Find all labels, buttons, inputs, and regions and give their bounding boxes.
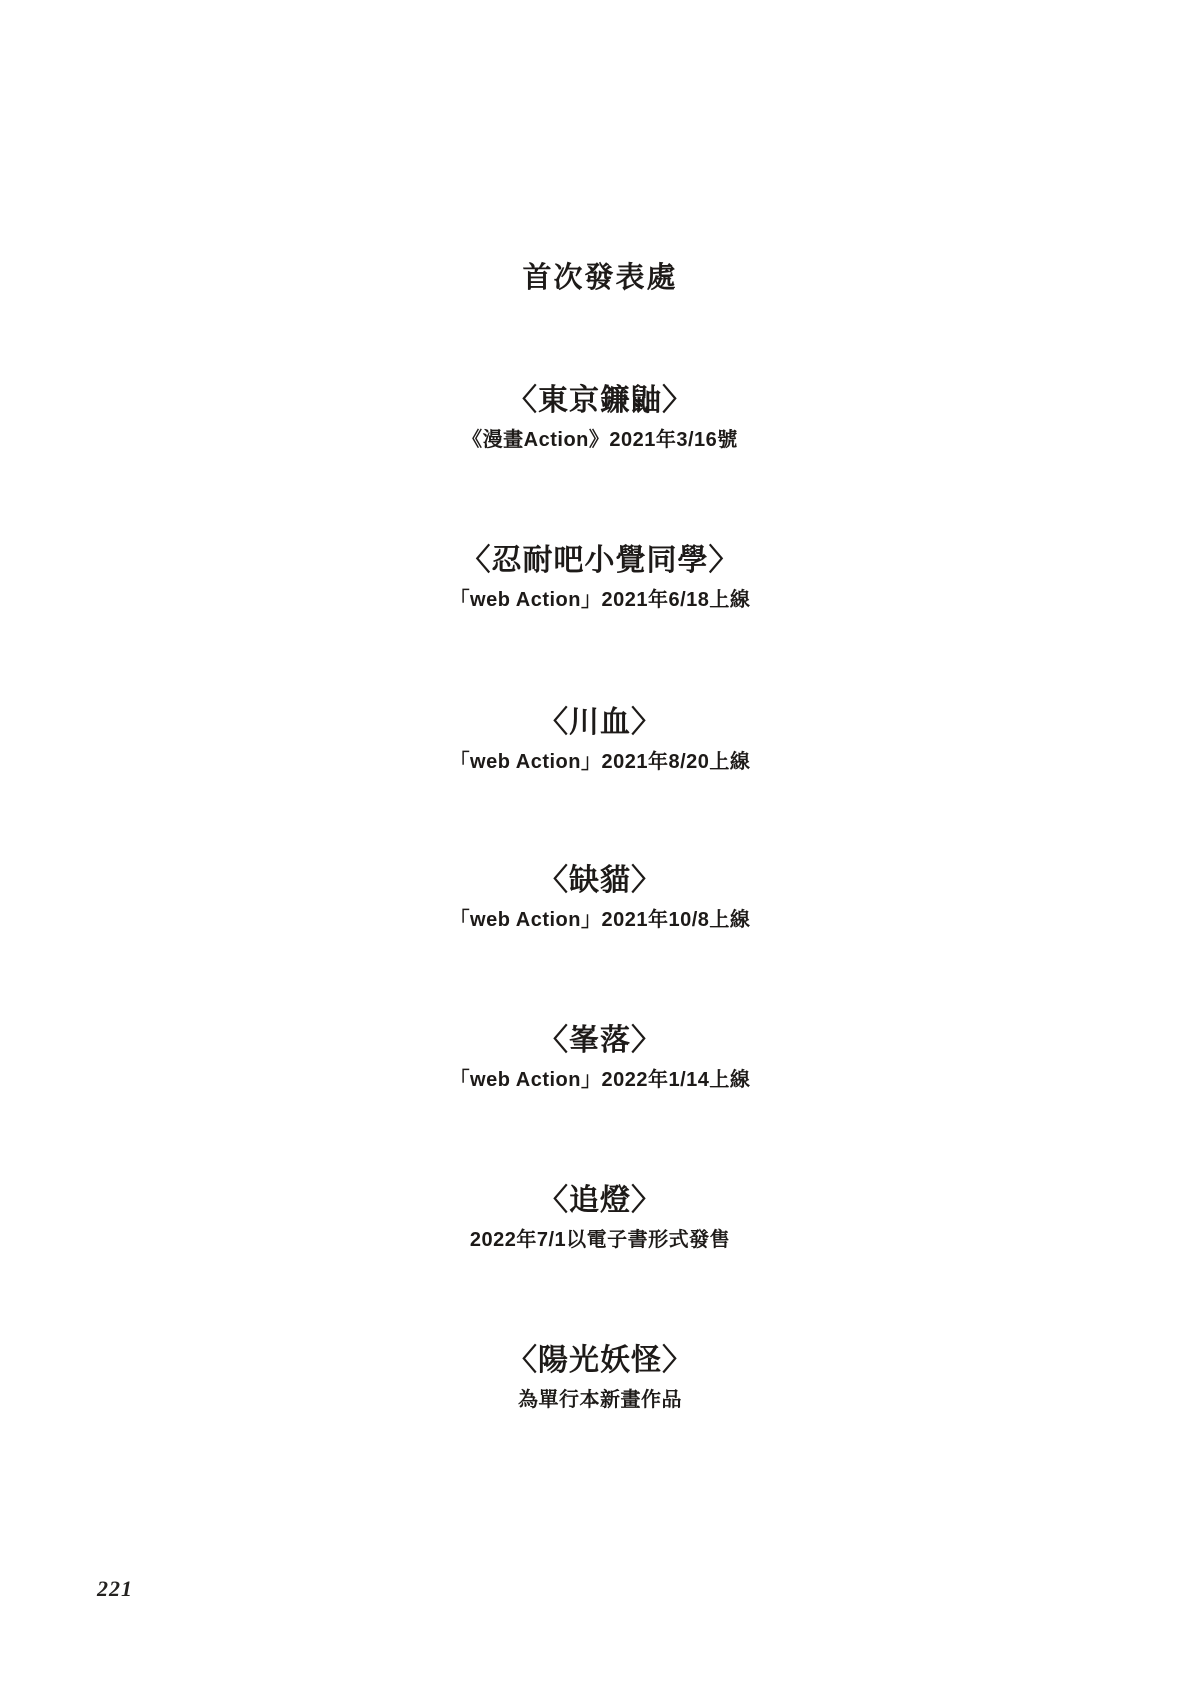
work-source: 「web Action」2021年8/20上線	[0, 750, 1200, 774]
page-title: 首次發表處	[0, 264, 1200, 293]
work-entry: 〈東京鐮鼬〉 《漫畫Action》2021年3/16號	[0, 384, 1200, 452]
work-entry: 〈川血〉 「web Action」2021年8/20上線	[0, 706, 1200, 774]
work-source: 2022年7/1以電子書形式發售	[0, 1228, 1200, 1252]
work-entry: 〈追燈〉 2022年7/1以電子書形式發售	[0, 1184, 1200, 1252]
work-entry: 〈忍耐吧小覺同學〉 「web Action」2021年6/18上線	[0, 544, 1200, 612]
work-title: 〈東京鐮鼬〉	[0, 384, 1200, 417]
work-source: 「web Action」2021年10/8上線	[0, 908, 1200, 932]
work-source: 《漫畫Action》2021年3/16號	[0, 428, 1200, 452]
work-entry: 〈缺貓〉 「web Action」2021年10/8上線	[0, 864, 1200, 932]
work-title: 〈陽光妖怪〉	[0, 1344, 1200, 1377]
work-title: 〈川血〉	[0, 706, 1200, 739]
book-page: 首次發表處 〈東京鐮鼬〉 《漫畫Action》2021年3/16號 〈忍耐吧小覺…	[0, 0, 1200, 1702]
work-source: 「web Action」2021年6/18上線	[0, 588, 1200, 612]
work-title: 〈缺貓〉	[0, 864, 1200, 897]
work-title: 〈追燈〉	[0, 1184, 1200, 1217]
work-source: 「web Action」2022年1/14上線	[0, 1068, 1200, 1092]
page-number: 221	[97, 1576, 133, 1602]
work-source: 為單行本新畫作品	[0, 1388, 1200, 1412]
work-title: 〈忍耐吧小覺同學〉	[0, 544, 1200, 577]
work-entry: 〈峯落〉 「web Action」2022年1/14上線	[0, 1024, 1200, 1092]
work-entry: 〈陽光妖怪〉 為單行本新畫作品	[0, 1344, 1200, 1412]
work-title: 〈峯落〉	[0, 1024, 1200, 1057]
